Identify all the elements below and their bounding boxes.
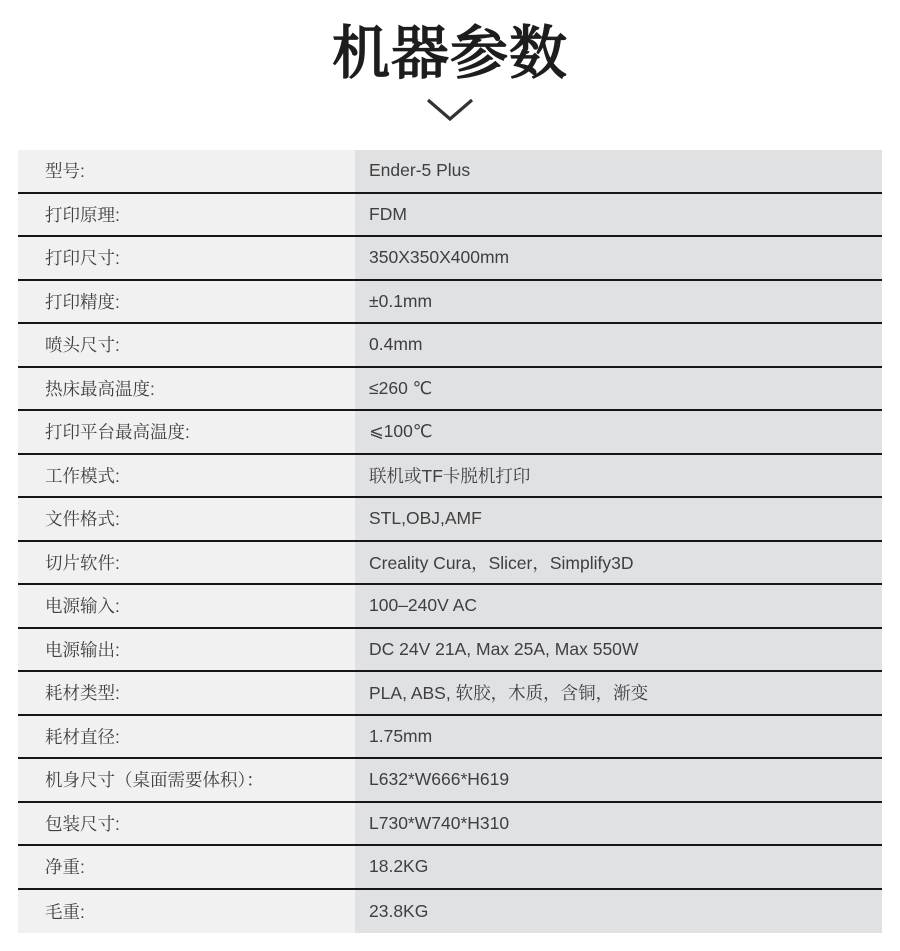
header: 机器参数: [0, 0, 900, 123]
table-row: 净重: 18.2KG: [18, 846, 882, 890]
table-row: 型号: Ender-5 Plus: [18, 150, 882, 194]
spec-label: 耗材类型:: [18, 672, 355, 714]
spec-value: 23.8KG: [355, 890, 882, 934]
spec-value: 1.75mm: [355, 716, 882, 758]
spec-value: 100–240V AC: [355, 585, 882, 627]
spec-label: 热床最高温度:: [18, 368, 355, 410]
chevron-down-icon: [425, 97, 475, 123]
table-row: 电源输出: DC 24V 21A, Max 25A, Max 550W: [18, 629, 882, 673]
spec-sheet-page: 机器参数 型号: Ender-5 Plus 打印原理: FDM 打印尺寸: 35…: [0, 0, 900, 951]
table-row: 耗材直径: 1.75mm: [18, 716, 882, 760]
spec-label: 耗材直径:: [18, 716, 355, 758]
spec-value: FDM: [355, 194, 882, 236]
spec-value: ≤260 ℃: [355, 368, 882, 410]
page-title: 机器参数: [0, 24, 900, 85]
spec-label: 喷头尺寸:: [18, 324, 355, 366]
table-row: 毛重: 23.8KG: [18, 890, 882, 934]
spec-value: ⩽100℃: [355, 411, 882, 453]
spec-value: ±0.1mm: [355, 281, 882, 323]
spec-label: 打印尺寸:: [18, 237, 355, 279]
spec-value: STL,OBJ,AMF: [355, 498, 882, 540]
table-row: 机身尺寸（桌面需要体积）： L632*W666*H619: [18, 759, 882, 803]
spec-value: 350X350X400mm: [355, 237, 882, 279]
spec-label: 工作模式:: [18, 455, 355, 497]
table-row: 打印尺寸: 350X350X400mm: [18, 237, 882, 281]
spec-label: 文件格式:: [18, 498, 355, 540]
spec-label: 净重:: [18, 846, 355, 888]
spec-label: 打印原理:: [18, 194, 355, 236]
table-row: 工作模式: 联机或TF卡脱机打印: [18, 455, 882, 499]
table-row: 打印精度: ±0.1mm: [18, 281, 882, 325]
table-row: 包装尺寸: L730*W740*H310: [18, 803, 882, 847]
table-row: 热床最高温度: ≤260 ℃: [18, 368, 882, 412]
table-row: 耗材类型: PLA, ABS, 软胶，木质，含铜，渐变: [18, 672, 882, 716]
spec-value: Creality Cura，Slicer，Simplify3D: [355, 542, 882, 584]
spec-label: 电源输入:: [18, 585, 355, 627]
table-row: 打印平台最高温度: ⩽100℃: [18, 411, 882, 455]
spec-value: 0.4mm: [355, 324, 882, 366]
spec-value: PLA, ABS, 软胶，木质，含铜，渐变: [355, 672, 882, 714]
spec-value: Ender-5 Plus: [355, 150, 882, 192]
spec-label: 打印精度:: [18, 281, 355, 323]
spec-table: 型号: Ender-5 Plus 打印原理: FDM 打印尺寸: 350X350…: [18, 150, 882, 933]
spec-label: 机身尺寸（桌面需要体积）：: [18, 759, 355, 801]
table-row: 喷头尺寸: 0.4mm: [18, 324, 882, 368]
spec-value: L632*W666*H619: [355, 759, 882, 801]
table-row: 切片软件: Creality Cura，Slicer，Simplify3D: [18, 542, 882, 586]
table-row: 文件格式: STL,OBJ,AMF: [18, 498, 882, 542]
spec-value: 18.2KG: [355, 846, 882, 888]
spec-label: 电源输出:: [18, 629, 355, 671]
spec-value: 联机或TF卡脱机打印: [355, 455, 882, 497]
spec-value: L730*W740*H310: [355, 803, 882, 845]
spec-label: 包装尺寸:: [18, 803, 355, 845]
spec-label: 切片软件:: [18, 542, 355, 584]
spec-label: 打印平台最高温度:: [18, 411, 355, 453]
table-row: 电源输入: 100–240V AC: [18, 585, 882, 629]
table-row: 打印原理: FDM: [18, 194, 882, 238]
spec-value: DC 24V 21A, Max 25A, Max 550W: [355, 629, 882, 671]
spec-label: 型号:: [18, 150, 355, 192]
spec-label: 毛重:: [18, 890, 355, 934]
